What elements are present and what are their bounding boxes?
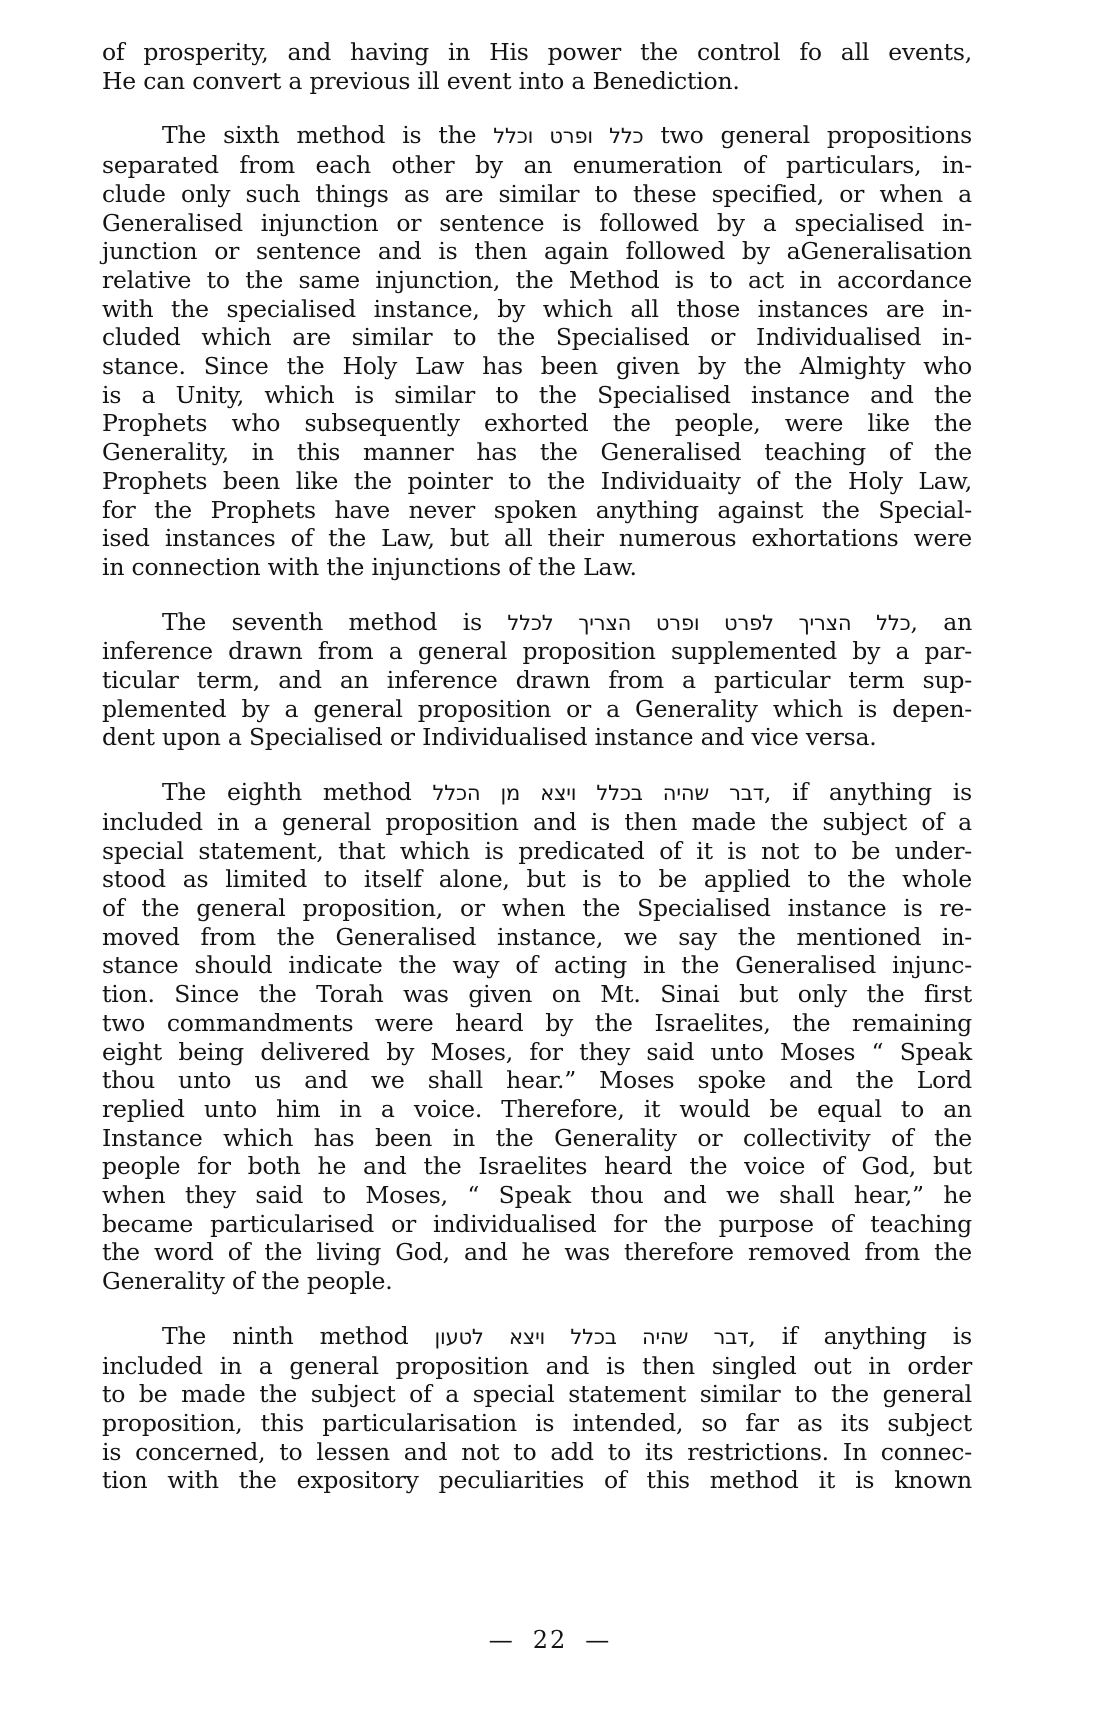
text-line: of the general proposition, or when the … <box>102 894 972 923</box>
text-line: ised instances of the Law, but all their… <box>102 524 972 553</box>
text-line: eight being delivered by Moses, for they… <box>102 1038 972 1067</box>
hebrew-term: כלל ופרט וכלל <box>493 124 643 148</box>
text-line: the word of the living God, and he was t… <box>102 1238 972 1267</box>
text-line: is a Unity, which is similar to the Spec… <box>102 381 972 410</box>
text-line: Prophets who subsequently exhorted the p… <box>102 409 972 438</box>
paragraph-lead-line: The ninth method דבר שהיה בכלל ויצא לטעו… <box>102 1322 972 1352</box>
text-line: separated from each other by an enumerat… <box>102 151 972 180</box>
text-line: relative to the same injunction, the Met… <box>102 266 972 295</box>
text-line: inference drawn from a general propositi… <box>102 637 972 666</box>
text-line: moved from the Generalised instance, we … <box>102 923 972 952</box>
page-number-dash-left: — <box>489 1626 515 1654</box>
text-line: Generality, in this manner has the Gener… <box>102 438 972 467</box>
text-line: Instance which has been in the Generalit… <box>102 1124 972 1153</box>
text-line: proposition, this particularisation is i… <box>102 1409 972 1438</box>
lead-text: The seventh method is <box>162 608 482 636</box>
paragraph-lead-line: The seventh method is כלל הצריך לפרט ופר… <box>102 608 972 638</box>
lead-text: The ninth method <box>162 1322 408 1350</box>
lead-text: The eighth method <box>162 778 412 806</box>
paragraph-seventh-method: The seventh method is כלל הצריך לפרט ופר… <box>102 608 972 753</box>
text-line: replied unto him in a voice. Therefore, … <box>102 1095 972 1124</box>
text-line: for the Prophets have never spoken anyth… <box>102 496 972 525</box>
paragraph-eighth-method: The eighth method דבר שהיה בכלל ויצא מן … <box>102 778 972 1296</box>
text-line: included in a general proposition and is… <box>102 1352 972 1381</box>
text-line: stood as limited to itself alone, but is… <box>102 865 972 894</box>
text-line: Generality of the people. <box>102 1267 972 1296</box>
hebrew-term: דבר שהיה בכלל ויצא מן הכלל <box>433 781 764 805</box>
text-line: thou unto us and we shall hear.” Moses s… <box>102 1066 972 1095</box>
lead-tail-text: , an <box>911 608 972 636</box>
paragraph-continuation: of prosperity, and having in His power t… <box>102 38 972 95</box>
text-line: two commandments were heard by the Israe… <box>102 1009 972 1038</box>
text-line: is concerned, to lessen and not to add t… <box>102 1438 972 1467</box>
lead-tail-text: , if anything is <box>748 1322 972 1350</box>
text-line: people for both he and the Israelites he… <box>102 1152 972 1181</box>
text-line: to be made the subject of a special stat… <box>102 1380 972 1409</box>
text-line: junction or sentence and is then again f… <box>102 237 972 266</box>
document-page: of prosperity, and having in His power t… <box>102 38 972 1521</box>
hebrew-term: כלל הצריך לפרט ופרט הצריך לכלל <box>507 611 910 635</box>
text-line: tion. Since the Torah was given on Mt. S… <box>102 980 972 1009</box>
paragraph-ninth-method: The ninth method דבר שהיה בכלל ויצא לטעו… <box>102 1322 972 1495</box>
page-number: —22— <box>0 1626 1100 1654</box>
text-line: plemented by a general proposition or a … <box>102 695 972 724</box>
lead-text: The sixth method is the <box>162 121 476 149</box>
hebrew-term: דבר שהיה בכלל ויצא לטעון <box>435 1325 749 1349</box>
text-line: clude only such things as are similar to… <box>102 180 972 209</box>
text-line: included in a general proposition and is… <box>102 808 972 837</box>
text-line: stance. Since the Holy Law has been give… <box>102 352 972 381</box>
text-line: Generalised injunction or sentence is fo… <box>102 209 972 238</box>
text-line: special statement, that which is predica… <box>102 837 972 866</box>
text-line: Prophets been like the pointer to the In… <box>102 467 972 496</box>
text-line: dent upon a Specialised or Individualise… <box>102 723 972 752</box>
text-line: became particularised or individualised … <box>102 1210 972 1239</box>
paragraph-lead-line: The eighth method דבר שהיה בכלל ויצא מן … <box>102 778 972 808</box>
text-line: stance should indicate the way of acting… <box>102 951 972 980</box>
paragraph-sixth-method: The sixth method is the כלל ופרט וכלל tw… <box>102 121 972 581</box>
text-line: of prosperity, and having in His power t… <box>102 38 972 67</box>
text-line: cluded which are similar to the Speciali… <box>102 323 972 352</box>
lead-tail-text: two general propositions <box>660 121 972 149</box>
text-line: tion with the expository peculiarities o… <box>102 1466 972 1495</box>
lead-tail-text: , if anything is <box>764 778 972 806</box>
text-line: when they said to Moses, “ Speak thou an… <box>102 1181 972 1210</box>
paragraph-lead-line: The sixth method is the כלל ופרט וכלל tw… <box>102 121 972 151</box>
page-number-dash-right: — <box>585 1626 611 1654</box>
page-number-value: 22 <box>533 1626 568 1654</box>
text-line: in connection with the injunctions of th… <box>102 553 972 582</box>
text-line: with the specialised instance, by which … <box>102 295 972 324</box>
text-line: He can convert a previous ill event into… <box>102 67 972 96</box>
text-line: ticular term, and an inference drawn fro… <box>102 666 972 695</box>
